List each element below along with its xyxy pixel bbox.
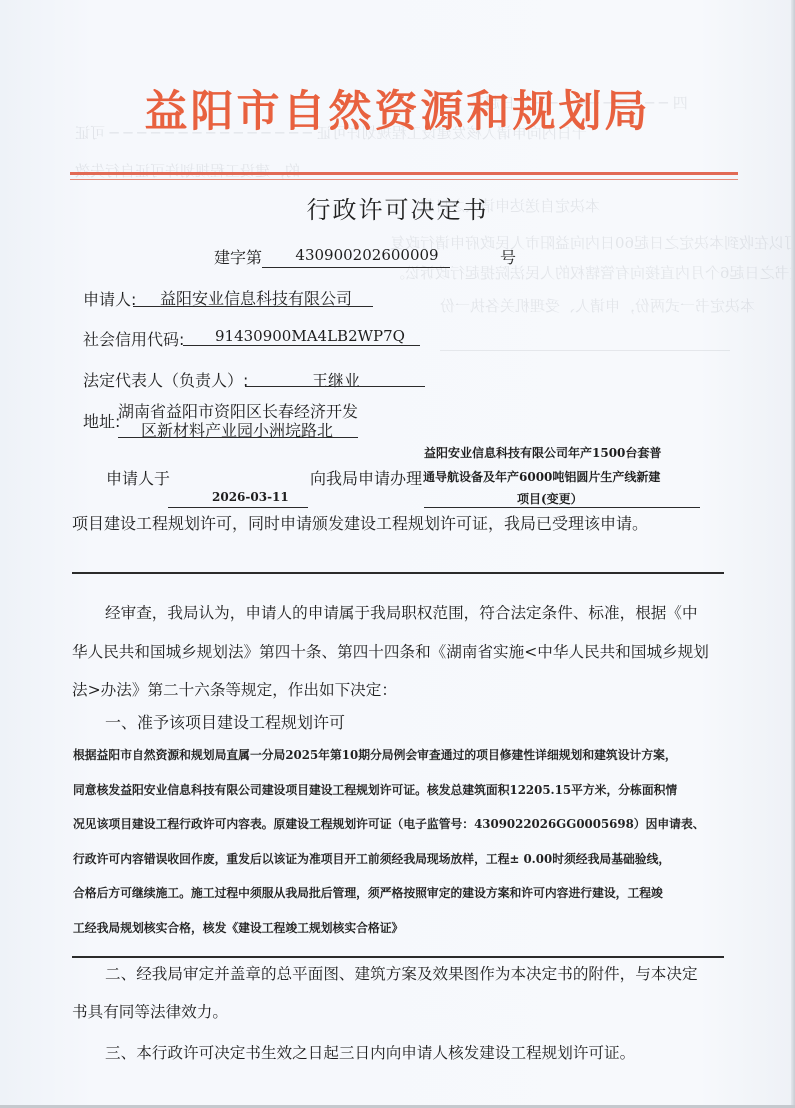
red-header-rule-thin [70, 179, 738, 180]
ref-prefix: 建字第 [214, 245, 262, 268]
decision-2-line-2: 书具有同等法律效力。 [72, 1000, 228, 1022]
project-name-line-1: 益阳安业信息科技有限公司年产1500台套普 [424, 444, 661, 461]
show-through-text: 本决定书一式两份，申请人、受理机关各执一份 [440, 295, 755, 316]
decision-3: 三、本行政许可决定书生效之日起三日内向申请人核发建设工程规划许可证。 [105, 1041, 635, 1063]
show-through-rule [440, 350, 730, 351]
decision-1-underline [72, 956, 724, 958]
show-through-text: 的，建设工程规划许可证自行失效 [75, 160, 300, 181]
ref-underline [262, 267, 450, 268]
red-header-rule [70, 172, 738, 175]
project-name-line-3: 项目(变更） [517, 490, 583, 507]
application-middle: 向我局申请办理 [310, 466, 422, 489]
project-name-line-2: 通导航设备及年产6000吨铝圆片生产线新建 [423, 468, 660, 485]
legal-rep-label: 法定代表人（负责人）: [83, 368, 248, 391]
review-line-2: 华人民共和国城乡规划法》第四十条、第四十四条和《湖南省实施<中华人民共和国城乡规… [72, 640, 709, 662]
agency-title: 益阳市自然资源和规划局 [0, 78, 795, 139]
application-date-underline [168, 507, 308, 508]
decision-1-heading: 一、准予该项目建设工程规划许可 [105, 710, 345, 733]
applicant-underline [133, 306, 373, 307]
decision-2-line-1: 二、经我局审定并盖章的总平面图、建筑方案及效果图作为本决定书的附件，与本决定 [105, 962, 698, 984]
ref-number: 430900202600009 [292, 246, 442, 264]
legal-rep-value: 王继业 [312, 368, 360, 391]
document-page: 四 ─ ─ ─ ─ ─ ─ ─ ─ ─ ─ 之日起三 十日内向申请人核发建设工程… [0, 0, 795, 1108]
decision-1-line: 况见该项目建设工程行政许可内容表。原建设工程规划许可证（电子监管号：430902… [73, 807, 733, 842]
page-edge [791, 0, 795, 1108]
project-name-underline [424, 507, 700, 508]
ref-suffix: 号 [500, 245, 516, 268]
decision-1-line: 合格后方可继续施工。施工过程中须服从我局批后管理，须严格按照审定的建设方案和许可… [73, 876, 733, 911]
address-label: 地址: [83, 409, 120, 432]
credit-code-label: 社会信用代码: [83, 327, 184, 350]
review-line-3: 法>办法》第二十六条等规定，作出如下决定： [72, 678, 397, 700]
decision-1-details: 根据益阳市自然资源和规划局直属一分局2025年第10期分局例会审查通过的项目修建… [73, 738, 733, 945]
decision-1-line: 根据益阳市自然资源和规划局直属一分局2025年第10期分局例会审查通过的项目修建… [73, 738, 733, 773]
decision-1-line: 工经我局规划核实合格，核发《建设工程竣工规划核实合格证》 [73, 911, 733, 946]
decision-1-line: 同意核发益阳安业信息科技有限公司建设项目建设工程规划许可证。核发总建筑面积122… [73, 773, 733, 808]
show-through-text: 议，也可以在收到本决定书之日起6个月内直接向有管辖权的人民法院提起行政诉讼。 [390, 262, 795, 283]
applicant-label: 申请人: [83, 287, 136, 310]
credit-code-value: 91430900MA4LB2WP7Q [215, 327, 405, 345]
show-through-text: 申请人如对本决定不服，可以在收到本决定之日起60日内向益阳市人民政府申请行政复 [390, 232, 795, 253]
review-line-1: 经审查，我局认为，申请人的申请属于我局职权范围，符合法定条件、标准，根据《中 [105, 601, 698, 623]
document-title: 行政许可决定书 [0, 190, 795, 225]
address-underline [118, 437, 358, 438]
decision-1-line: 行政许可内容错误收回作废，重发后以该证为准项目开工前须经我局现场放样，工程± 0… [73, 842, 733, 877]
application-closing: 项目建设工程规划许可，同时申请颁发建设工程规划许可证，我局已受理该申请。 [72, 511, 648, 534]
legal-rep-underline [245, 386, 425, 387]
credit-code-underline [183, 345, 420, 346]
application-prefix: 申请人于 [106, 466, 170, 489]
application-date: 2026-03-11 [212, 490, 289, 504]
section-divider [72, 572, 724, 574]
